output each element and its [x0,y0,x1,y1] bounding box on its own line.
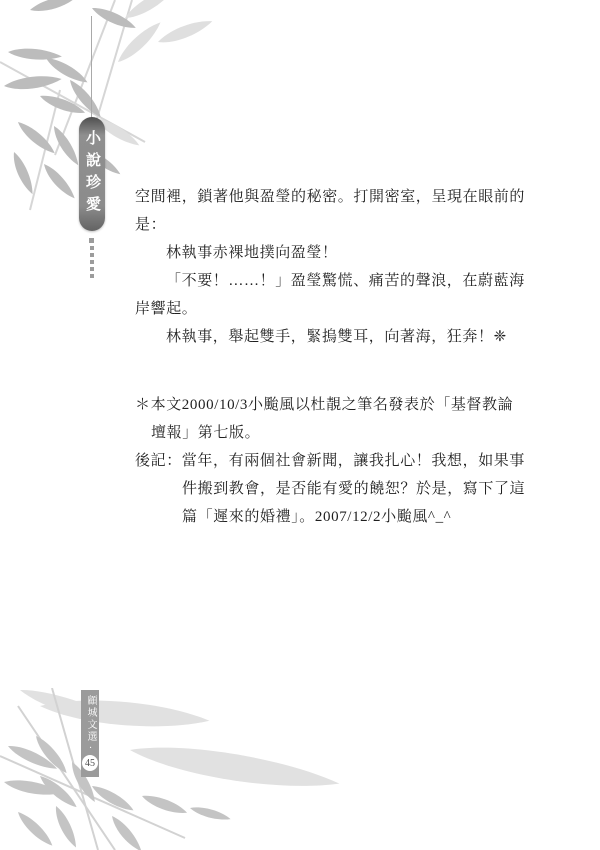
postscript-line-1: 後記：當年，有兩個社會新聞，讓我扎心！我想，如果事 [135,447,537,475]
story-line-2: 是： [135,211,537,239]
story-line-4: 「不要！……！」盈瑩驚慌、痛苦的聲浪，在蔚藍海 [135,267,537,295]
badge-dots-tail [89,238,94,278]
section-badge: 小說珍愛 [79,117,105,231]
book-page: { "colors": { "badge_gray": "#8c8c8c", "… [0,0,600,850]
section-badge-label: 小說珍愛 [79,130,105,218]
story-text-block: 空間裡，鎖著他與盈瑩的秘密。打開密室，呈現在眼前的 是： 林執事赤裸地撲向盈瑩！… [135,183,537,351]
footnote-line-2: 壇報」第七版。 [135,419,537,447]
page-number-badge: 45 [82,755,98,771]
page-number: 45 [85,758,95,769]
footer-running-title: 顧城文選· [81,695,99,756]
badge-hanging-string [91,16,92,118]
story-line-3: 林執事赤裸地撲向盈瑩！ [135,239,537,267]
footnote-line-1: ＊本文2000/10/3小颱風以杜靚之筆名發表於「基督教論 [135,391,537,419]
story-line-6: 林執事，舉起雙手，緊摀雙耳，向著海，狂奔！❈ [135,323,537,351]
bamboo-decoration-bottom [0,688,380,850]
notes-text-block: ＊本文2000/10/3小颱風以杜靚之筆名發表於「基督教論 壇報」第七版。 後記… [135,391,537,531]
postscript-line-2: 件搬到教會，是否能有愛的饒恕？於是，寫下了這 [135,475,537,503]
story-line-1: 空間裡，鎖著他與盈瑩的秘密。打開密室，呈現在眼前的 [135,183,537,211]
story-line-5: 岸響起。 [135,295,537,323]
postscript-line-3: 篇「遲來的婚禮」。2007/12/2小颱風^_^ [135,503,537,531]
